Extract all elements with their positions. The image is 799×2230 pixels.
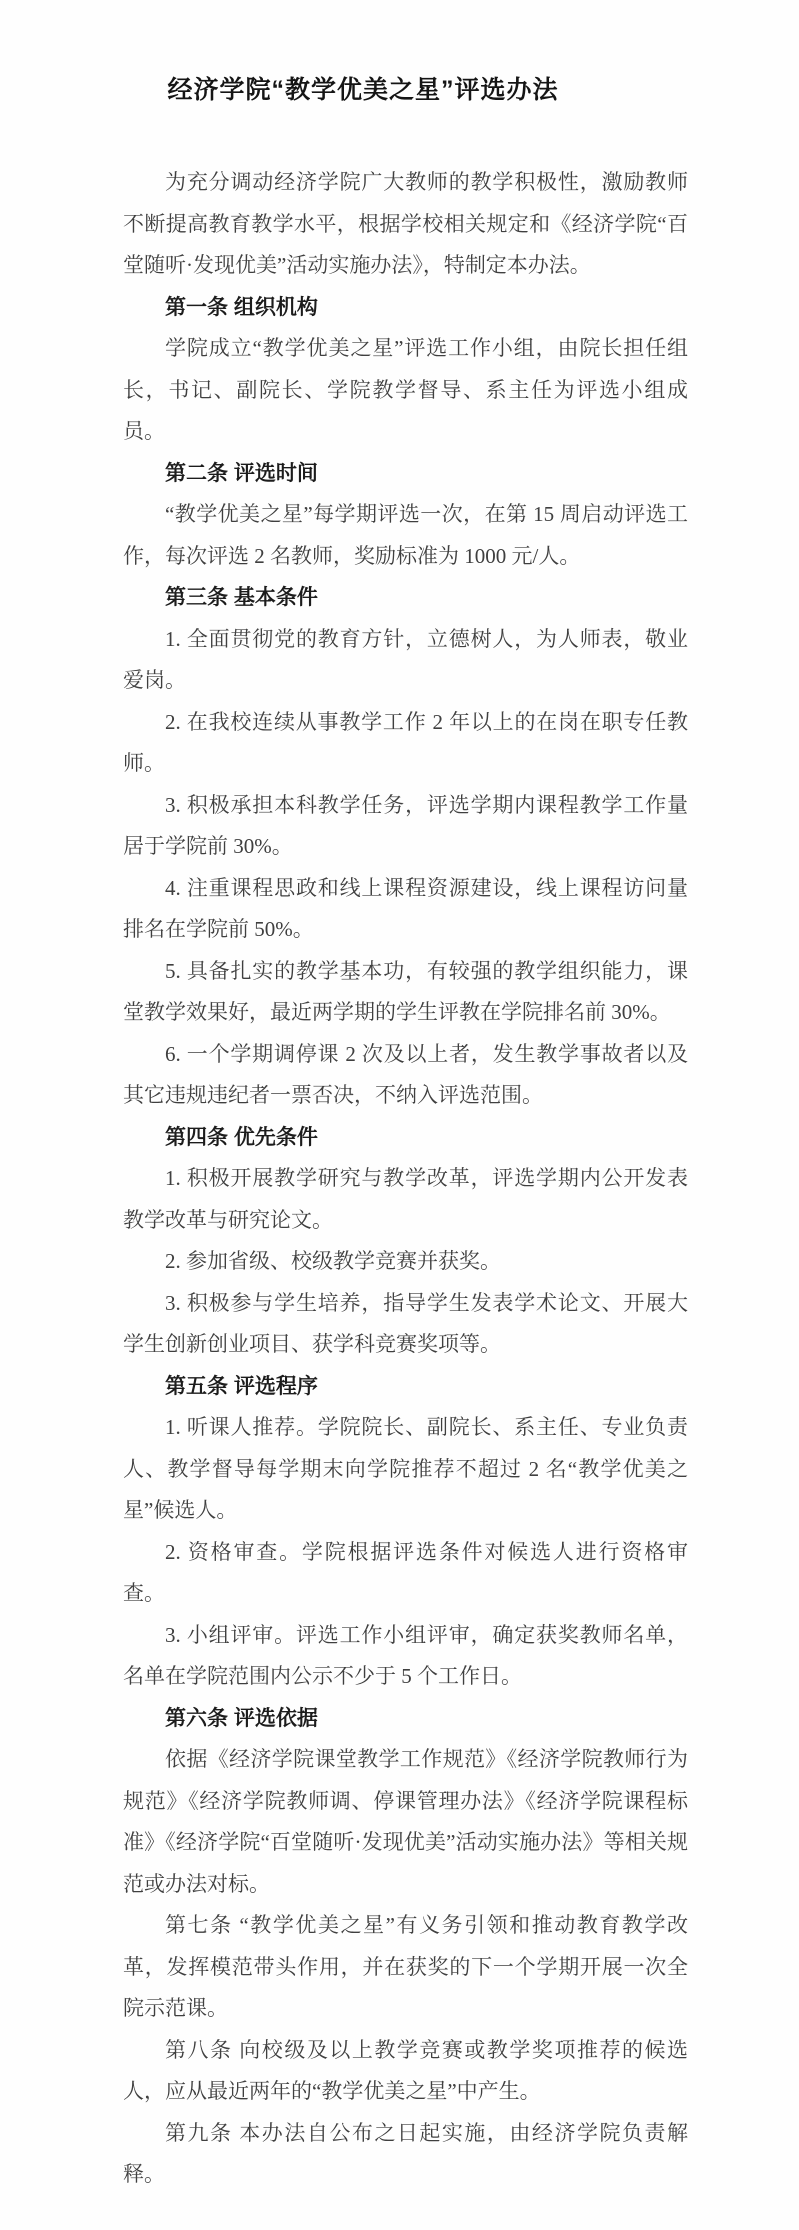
article-1-paragraph: 学院成立“教学优美之星”评选工作小组，由院长担任组长，书记、副院长、学院教学督导… — [123, 328, 688, 453]
article-3-item-2: 2. 在我校连续从事教学工作 2 年以上的在岗在职专任教师。 — [123, 702, 688, 785]
article-7-paragraph: 第七条 “教学优美之星”有义务引领和推动教育教学改革，发挥模范带头作用，并在获奖… — [123, 1905, 688, 2030]
article-3-item-5: 5. 具备扎实的教学基本功，有较强的教学组织能力，课堂教学效果好，最近两学期的学… — [123, 951, 688, 1034]
document-page: 经济学院“教学优美之星”评选办法 为充分调动经济学院广大教师的教学积极性，激励教… — [0, 0, 799, 2230]
article-6-paragraph: 依据《经济学院课堂教学工作规范》《经济学院教师行为规范》《经济学院教师调、停课管… — [123, 1739, 688, 1905]
article-6-heading: 第六条 评选依据 — [123, 1698, 688, 1740]
article-5-heading: 第五条 评选程序 — [123, 1366, 688, 1408]
article-4-item-3: 3. 积极参与学生培养，指导学生发表学术论文、开展大学生创新创业项目、获学科竞赛… — [123, 1283, 688, 1366]
article-5-item-3: 3. 小组评审。评选工作小组评审，确定获奖教师名单，名单在学院范围内公示不少于 … — [123, 1615, 688, 1698]
document-content: 经济学院“教学优美之星”评选办法 为充分调动经济学院广大教师的教学积极性，激励教… — [0, 0, 799, 2196]
article-3-item-3: 3. 积极承担本科教学任务，评选学期内课程教学工作量居于学院前 30%。 — [123, 785, 688, 868]
article-3-item-4: 4. 注重课程思政和线上课程资源建设，线上课程访问量排名在学院前 50%。 — [123, 868, 688, 951]
article-3-item-6: 6. 一个学期调停课 2 次及以上者，发生教学事故者以及其它违规违纪者一票否决，… — [123, 1034, 688, 1117]
article-8-paragraph: 第八条 向校级及以上教学竞赛或教学奖项推荐的候选人，应从最近两年的“教学优美之星… — [123, 2030, 688, 2113]
article-2-paragraph: “教学优美之星”每学期评选一次，在第 15 周启动评选工作，每次评选 2 名教师… — [123, 494, 688, 577]
article-4-heading: 第四条 优先条件 — [123, 1117, 688, 1159]
article-1-heading: 第一条 组织机构 — [123, 287, 688, 329]
article-4-item-1: 1. 积极开展教学研究与教学改革，评选学期内公开发表教学改革与研究论文。 — [123, 1158, 688, 1241]
article-5-item-2: 2. 资格审查。学院根据评选条件对候选人进行资格审查。 — [123, 1532, 688, 1615]
article-3-item-1: 1. 全面贯彻党的教育方针，立德树人，为人师表，敬业爱岗。 — [123, 619, 688, 702]
document-title: 经济学院“教学优美之星”评选办法 — [123, 73, 688, 107]
document-body: 为充分调动经济学院广大教师的教学积极性，激励教师不断提高教育教学水平，根据学校相… — [123, 162, 688, 2196]
article-5-item-1: 1. 听课人推荐。学院院长、副院长、系主任、专业负责人、教学督导每学期末向学院推… — [123, 1407, 688, 1532]
article-3-heading: 第三条 基本条件 — [123, 577, 688, 619]
article-4-item-2: 2. 参加省级、校级教学竞赛并获奖。 — [123, 1241, 688, 1283]
intro-paragraph: 为充分调动经济学院广大教师的教学积极性，激励教师不断提高教育教学水平，根据学校相… — [123, 162, 688, 287]
article-9-paragraph: 第九条 本办法自公布之日起实施，由经济学院负责解释。 — [123, 2113, 688, 2196]
article-2-heading: 第二条 评选时间 — [123, 453, 688, 495]
